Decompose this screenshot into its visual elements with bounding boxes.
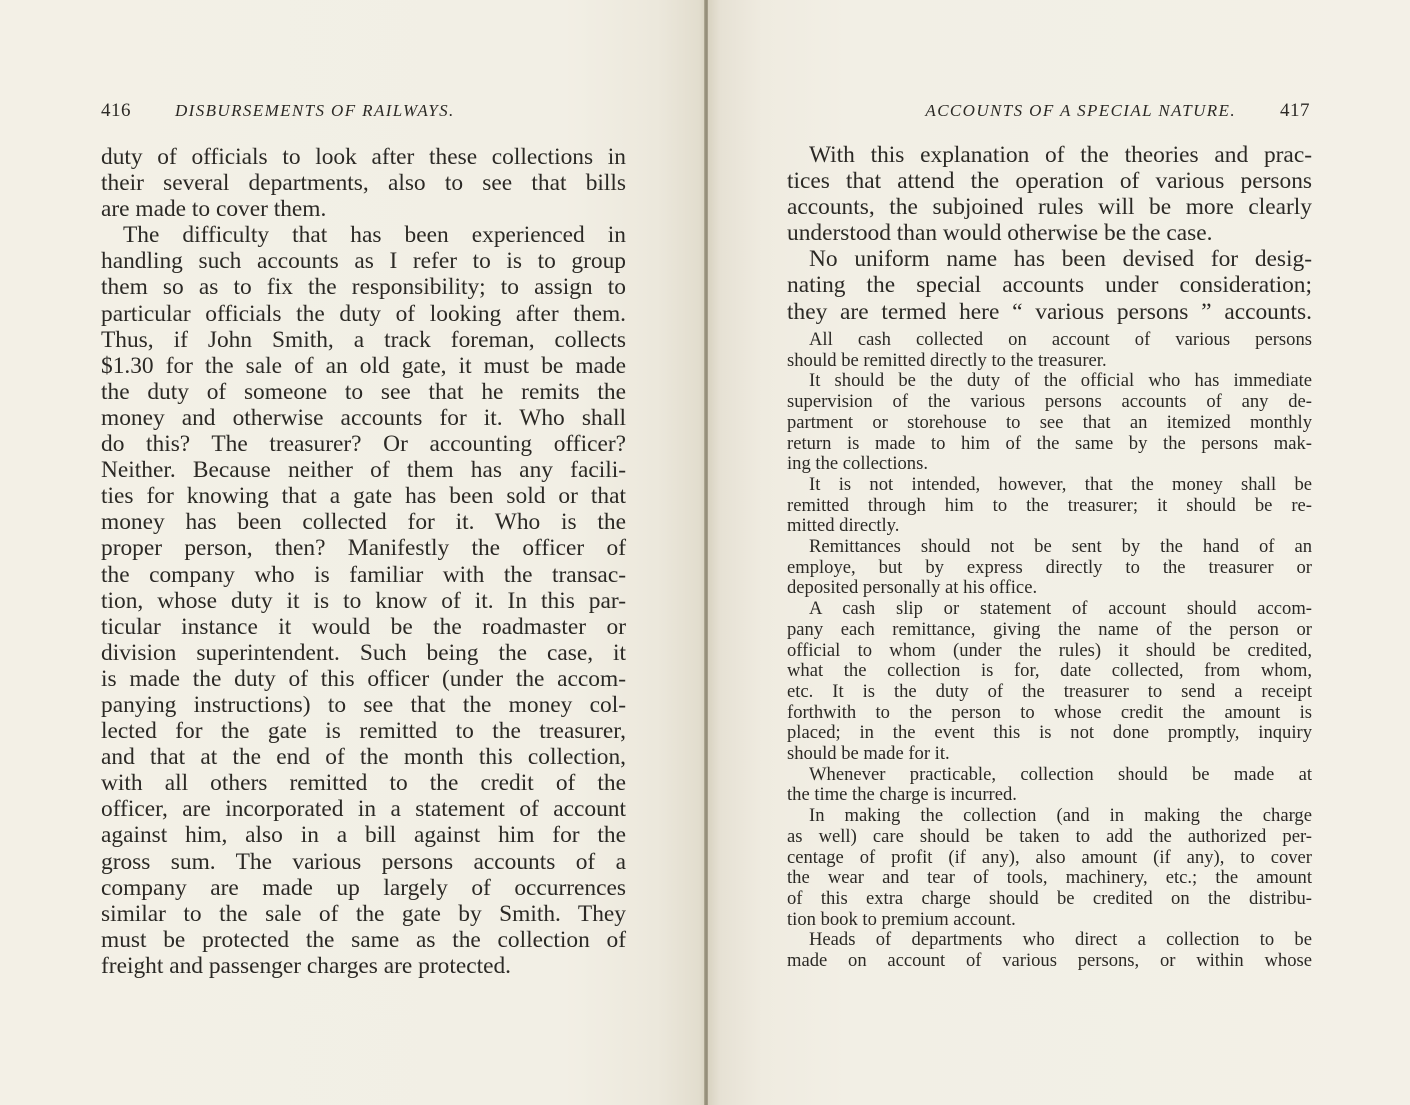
text-line: Whenever practicable, collection should …	[787, 765, 1312, 786]
text-line: should be remitted directly to the treas…	[787, 351, 1312, 372]
book-gutter	[704, 0, 708, 1105]
text-line: the company who is familiar with the tra…	[101, 562, 626, 588]
text-line: freight and passenger charges are protec…	[101, 953, 626, 979]
text-line: gross sum. The various persons accounts …	[101, 849, 626, 875]
text-line: It is not intended, however, that the mo…	[787, 475, 1312, 496]
text-line: division superintendent. Such being the …	[101, 640, 626, 666]
text-line: as well) care should be taken to add the…	[787, 827, 1312, 848]
text-line: company are made up largely of occurrenc…	[101, 875, 626, 901]
left-page-header: 416 DISBURSEMENTS OF RAILWAYS.	[101, 100, 626, 124]
text-line: the time the charge is incurred.	[787, 785, 1312, 806]
text-line: what the collection is for, date collect…	[787, 661, 1312, 682]
text-line: and that at the end of the month this co…	[101, 744, 626, 770]
text-line: employe, but by express directly to the …	[787, 558, 1312, 579]
text-line: All cash collected on account of various…	[787, 330, 1312, 351]
text-line: pany each remittance, giving the name of…	[787, 620, 1312, 641]
text-line: accounts, the subjoined rules will be mo…	[787, 194, 1312, 220]
text-line: with all others remitted to the credit o…	[101, 770, 626, 796]
text-line: With this explanation of the theories an…	[787, 142, 1312, 168]
text-line: the duty of someone to see that he remit…	[101, 379, 626, 405]
right-page-intro-text: With this explanation of the theories an…	[787, 142, 1312, 325]
text-line: forthwith to the person to whose credit …	[787, 703, 1312, 724]
text-line: In making the collection (and in making …	[787, 806, 1312, 827]
right-page: ACCOUNTS OF A SPECIAL NATURE. 417 With t…	[706, 0, 1410, 1105]
text-line: The difficulty that has been experienced…	[101, 222, 626, 248]
text-line: money and otherwise accounts for it. Who…	[101, 405, 626, 431]
page-number: 417	[1280, 100, 1310, 122]
left-page-body: duty of officials to look after these co…	[101, 144, 626, 979]
text-line: ticular instance it would be the roadmas…	[101, 614, 626, 640]
text-line: the wear and tear of tools, machinery, e…	[787, 868, 1312, 889]
text-line: panying instructions) to see that the mo…	[101, 692, 626, 718]
page-number: 416	[101, 100, 131, 122]
text-line: lected for the gate is remitted to the t…	[101, 718, 626, 744]
text-line: against him, also in a bill against him …	[101, 822, 626, 848]
text-line: do this? The treasurer? Or accounting of…	[101, 431, 626, 457]
text-line: return is made to him of the same by the…	[787, 434, 1312, 455]
text-line: No uniform name has been devised for des…	[787, 246, 1312, 272]
text-line: handling such accounts as I refer to is …	[101, 248, 626, 274]
text-line: officer, are incorporated in a statement…	[101, 796, 626, 822]
text-line: made on account of various persons, or w…	[787, 951, 1312, 972]
text-line: official to whom (under the rules) it sh…	[787, 641, 1312, 662]
text-line: Thus, if John Smith, a track foreman, co…	[101, 327, 626, 353]
text-line: Remittances should not be sent by the ha…	[787, 537, 1312, 558]
text-line: understood than would otherwise be the c…	[787, 220, 1312, 246]
text-line: proper person, then? Manifestly the offi…	[101, 535, 626, 561]
text-line: ties for knowing that a gate has been so…	[101, 483, 626, 509]
text-line: must be protected the same as the collec…	[101, 927, 626, 953]
left-page: 416 DISBURSEMENTS OF RAILWAYS. duty of o…	[0, 0, 706, 1105]
text-line: are made to cover them.	[101, 196, 626, 222]
text-line: money has been collected for it. Who is …	[101, 509, 626, 535]
text-line: of this extra charge should be credited …	[787, 889, 1312, 910]
text-line: mitted directly.	[787, 516, 1312, 537]
text-line: supervision of the various persons accou…	[787, 392, 1312, 413]
running-title: ACCOUNTS OF A SPECIAL NATURE.	[925, 101, 1236, 121]
text-line: remitted through him to the treasurer; i…	[787, 496, 1312, 517]
text-line: particular officials the duty of looking…	[101, 301, 626, 327]
text-line: their several departments, also to see t…	[101, 170, 626, 196]
text-line: them so as to fix the responsibility; to…	[101, 274, 626, 300]
text-line: tices that attend the operation of vario…	[787, 168, 1312, 194]
text-line: placed; in the event this is not done pr…	[787, 723, 1312, 744]
text-line: ing the collections.	[787, 454, 1312, 475]
book-spread: 416 DISBURSEMENTS OF RAILWAYS. duty of o…	[0, 0, 1410, 1105]
text-line: duty of officials to look after these co…	[101, 144, 626, 170]
text-line: etc. It is the duty of the treasurer to …	[787, 682, 1312, 703]
text-line: It should be the duty of the official wh…	[787, 371, 1312, 392]
text-line: is made the duty of this officer (under …	[101, 666, 626, 692]
text-line: tion book to premium account.	[787, 910, 1312, 931]
text-line: partment or storehouse to see that an it…	[787, 413, 1312, 434]
text-line: centage of profit (if any), also amount …	[787, 848, 1312, 869]
text-line: tion, whose duty it is to know of it. In…	[101, 588, 626, 614]
text-line: should be made for it.	[787, 744, 1312, 765]
right-page-rules-text: All cash collected on account of various…	[787, 330, 1312, 972]
text-line: deposited personally at his office.	[787, 578, 1312, 599]
text-line: $1.30 for the sale of an old gate, it mu…	[101, 353, 626, 379]
text-line: nating the special accounts under consid…	[787, 272, 1312, 298]
text-line: Heads of departments who direct a collec…	[787, 930, 1312, 951]
text-line: A cash slip or statement of account shou…	[787, 599, 1312, 620]
text-line: similar to the sale of the gate by Smith…	[101, 901, 626, 927]
text-line: Neither. Because neither of them has any…	[101, 457, 626, 483]
running-title: DISBURSEMENTS OF RAILWAYS.	[175, 101, 455, 121]
right-page-header: ACCOUNTS OF A SPECIAL NATURE. 417	[789, 100, 1310, 124]
text-line: they are termed here “ various persons ”…	[787, 299, 1312, 325]
